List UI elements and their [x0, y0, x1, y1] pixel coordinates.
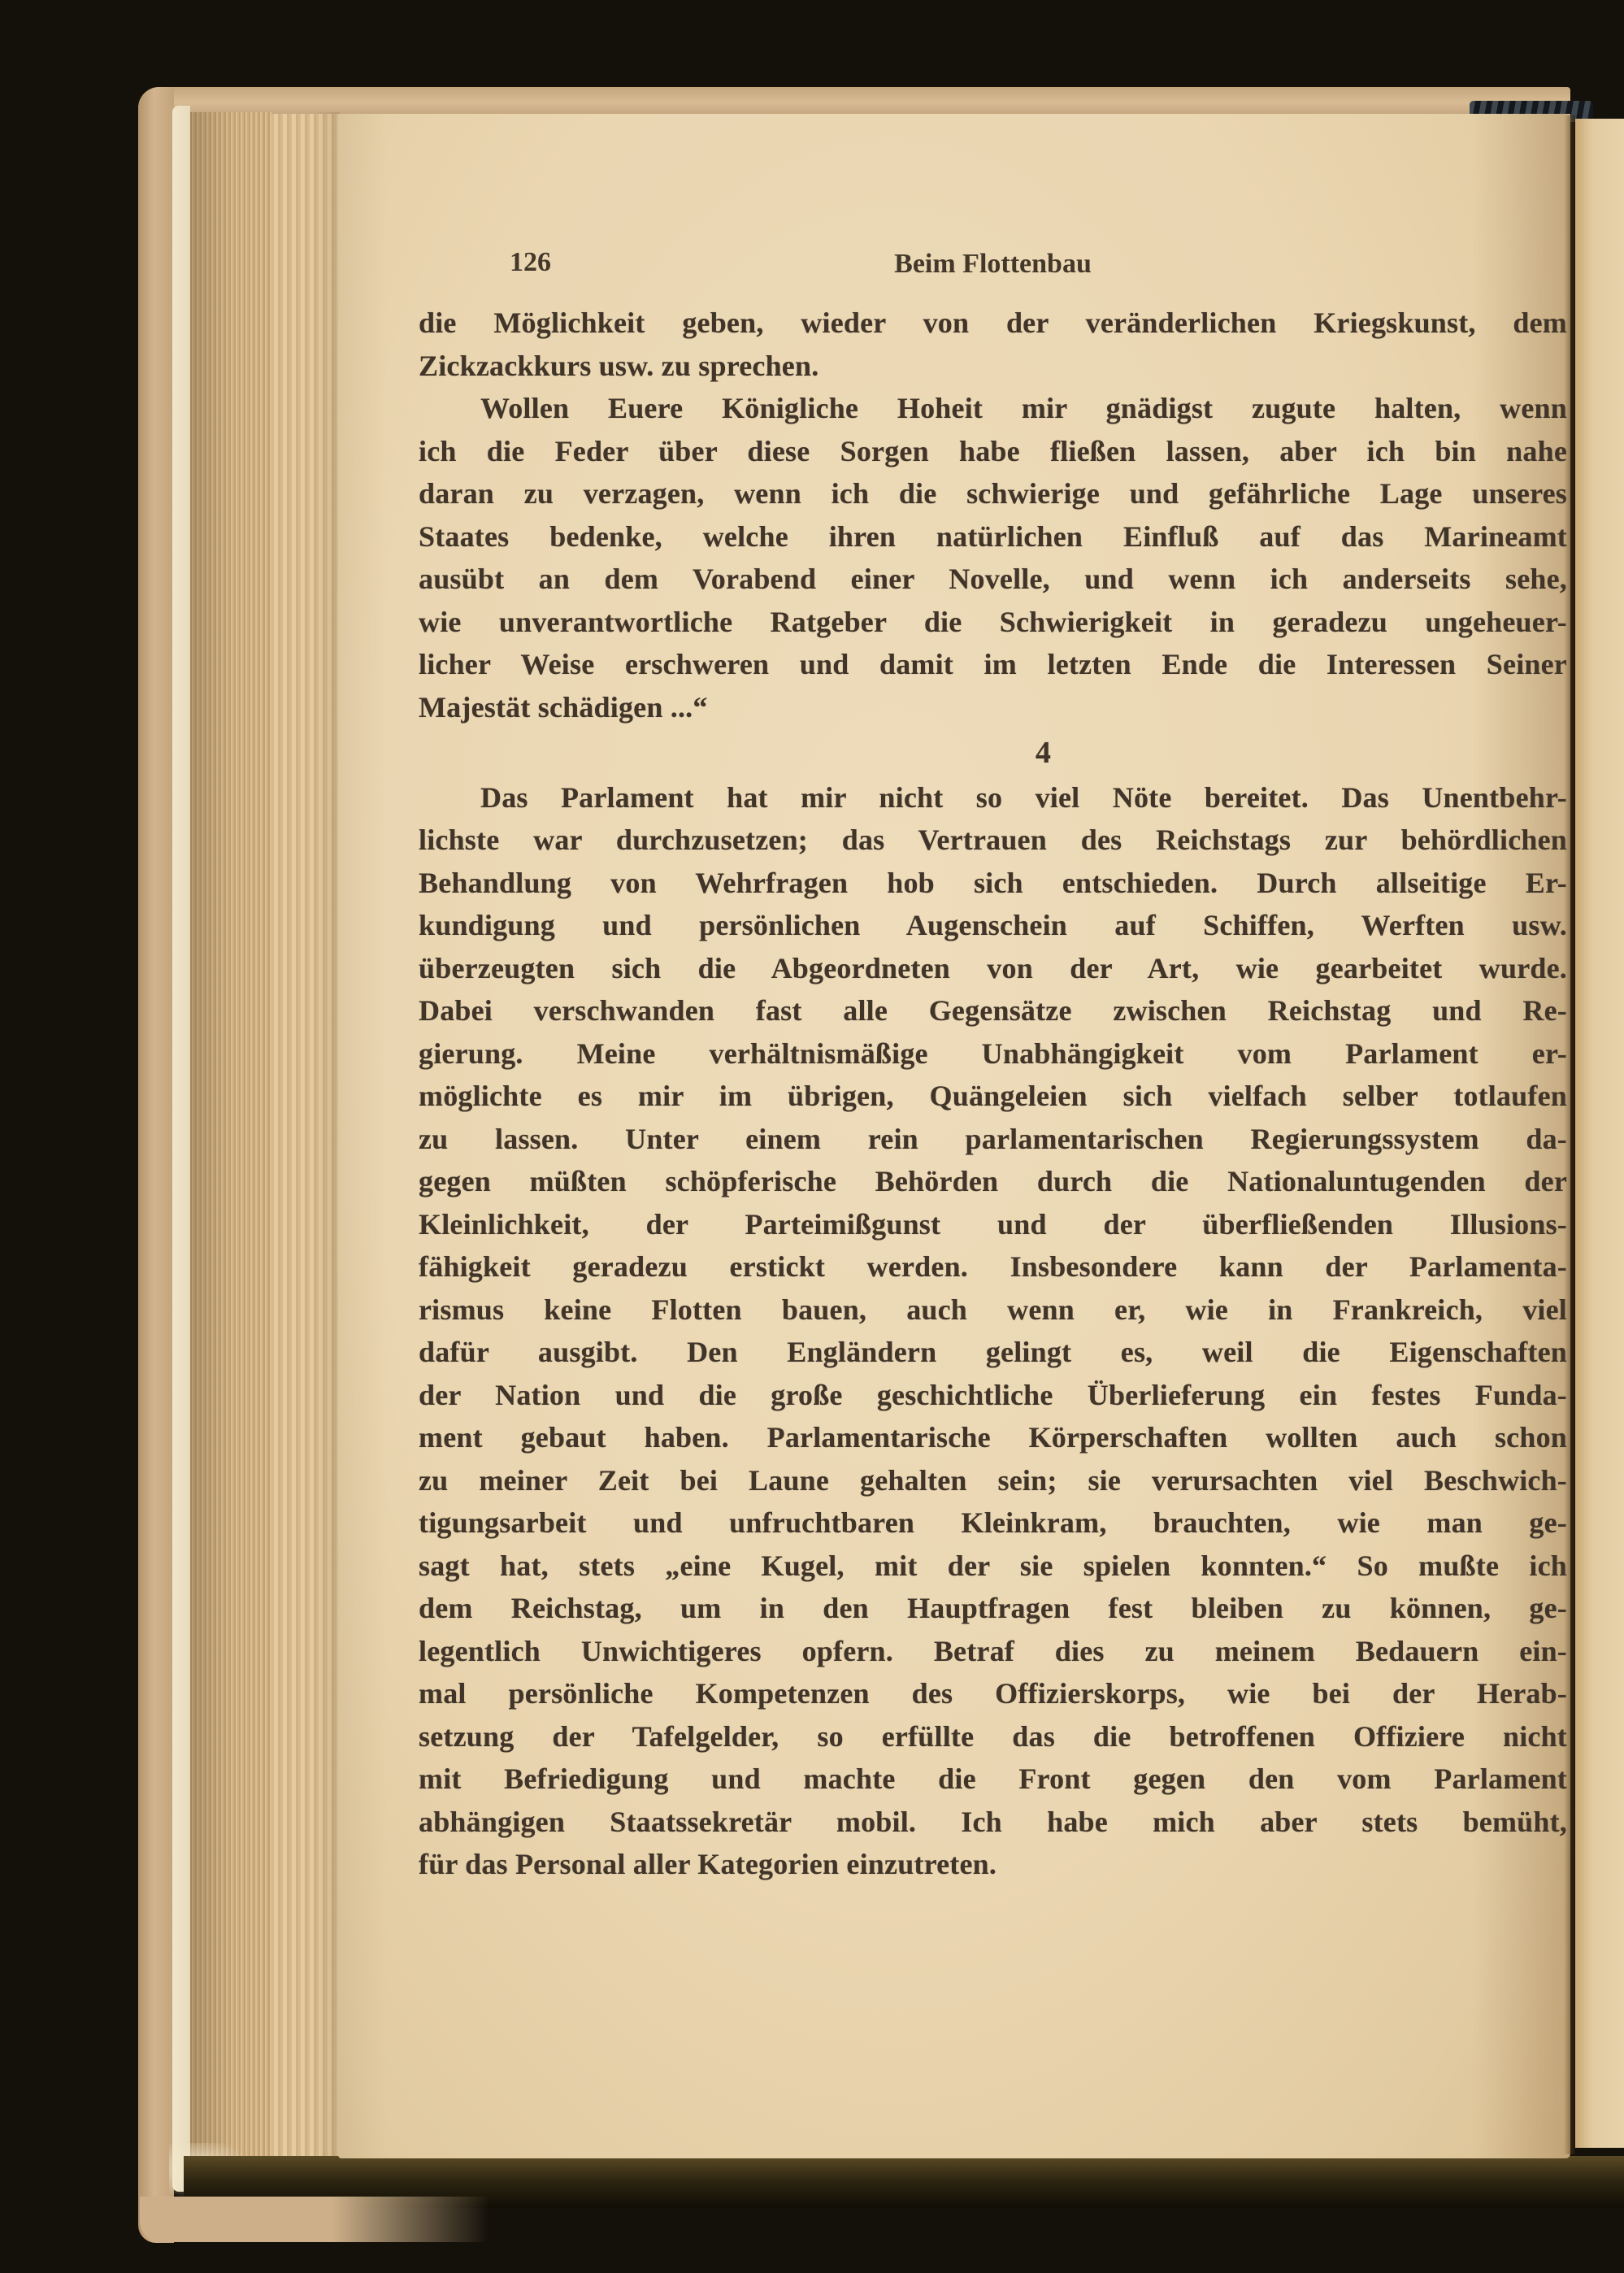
text-line: Dabei verschwanden fast alle Gegensätze … — [419, 989, 1567, 1032]
text-line: der Nation und die große geschichtliche … — [419, 1374, 1567, 1417]
text-line: möglichte es mir im übrigen, Quängeleien… — [419, 1075, 1567, 1118]
text-line: sagt hat, stets „eine Kugel, mit der sie… — [419, 1545, 1567, 1588]
text-line: ich die Feder über diese Sorgen habe fli… — [419, 430, 1567, 473]
facing-page-edge — [1575, 119, 1624, 2148]
section-number: 4 — [469, 732, 1617, 775]
text-line: Kleinlichkeit, der Parteimißgunst und de… — [419, 1203, 1567, 1246]
text-line: Wollen Euere Königliche Hoheit mir gnädi… — [419, 387, 1567, 430]
text-line: gegen müßten schöpferische Behörden durc… — [419, 1160, 1567, 1203]
text-line: abhängigen Staatssekretär mobil. Ich hab… — [419, 1801, 1567, 1844]
text-line: ment gebaut haben. Parlamentarische Körp… — [419, 1416, 1567, 1459]
text-line: überzeugten sich die Abgeordneten von de… — [419, 947, 1567, 990]
text-line: zu meiner Zeit bei Laune gehalten sein; … — [419, 1459, 1567, 1502]
text-line: fähigkeit geradezu erstickt werden. Insb… — [419, 1245, 1567, 1289]
text-line: dem Reichstag, um in den Hauptfragen fes… — [419, 1587, 1567, 1630]
text-line: Staates bedenke, welche ihren natürliche… — [419, 515, 1567, 558]
text-line: die Möglichkeit geben, wieder von der ve… — [419, 302, 1567, 345]
text-line: für das Personal aller Kategorien einzut… — [419, 1843, 1567, 1886]
page-stack-shading — [190, 112, 340, 2158]
page-header-row: 126 Beim Flottenbau — [419, 247, 1567, 286]
book-cover-left-edge — [138, 87, 174, 2243]
text-line: kundigung und persönlichen Augenschein a… — [419, 904, 1567, 947]
text-line: Das Parlament hat mir nicht so viel Nöte… — [419, 776, 1567, 819]
text-line: setzung der Tafelgelder, so erfüllte das… — [419, 1715, 1567, 1758]
paragraph: die Möglichkeit geben, wieder von der ve… — [419, 302, 1567, 387]
text-line: mit Befriedigung und machte die Front ge… — [419, 1758, 1567, 1801]
running-header: Beim Flottenbau — [419, 249, 1567, 280]
book-cover-bottom-edge — [140, 2197, 489, 2242]
text-line: rismus keine Flotten bauen, auch wenn er… — [419, 1289, 1567, 1332]
text-line: Behandlung von Wehrfragen hob sich entsc… — [419, 862, 1567, 905]
text-line: tigungsarbeit und unfruchtbaren Kleinkra… — [419, 1502, 1567, 1545]
text-line: ausübt an dem Vorabend einer Novelle, un… — [419, 558, 1567, 601]
text-line: Majestät schädigen ...“ — [419, 686, 1567, 729]
text-line: Zickzackkurs usw. zu sprechen. — [419, 345, 1567, 388]
text-line: mal persönliche Kompetenzen des Offizier… — [419, 1672, 1567, 1715]
text-line: lichste war durchzusetzen; das Vertrauen… — [419, 819, 1567, 862]
book-scan-photo: { "page": { "number": "126", "running_he… — [0, 0, 1624, 2273]
text-line: daran zu verzagen, wenn ich die schwieri… — [419, 472, 1567, 515]
paragraph: Das Parlament hat mir nicht so viel Nöte… — [419, 776, 1567, 1886]
text-body: die Möglichkeit geben, wieder von der ve… — [419, 302, 1567, 1886]
text-line: gierung. Meine verhältnismäßige Unabhäng… — [419, 1032, 1567, 1076]
text-line: zu lassen. Unter einem rein parlamentari… — [419, 1118, 1567, 1161]
text-line: wie unverantwortliche Ratgeber die Schwi… — [419, 601, 1567, 644]
endpaper-edge — [172, 106, 190, 2192]
paragraph: Wollen Euere Königliche Hoheit mir gnädi… — [419, 387, 1567, 728]
text-line: dafür ausgibt. Den Engländern gelingt es… — [419, 1331, 1567, 1374]
text-line: licher Weise erschweren und damit im let… — [419, 643, 1567, 686]
text-line: legentlich Unwichtigeres opfern. Betraf … — [419, 1630, 1567, 1673]
